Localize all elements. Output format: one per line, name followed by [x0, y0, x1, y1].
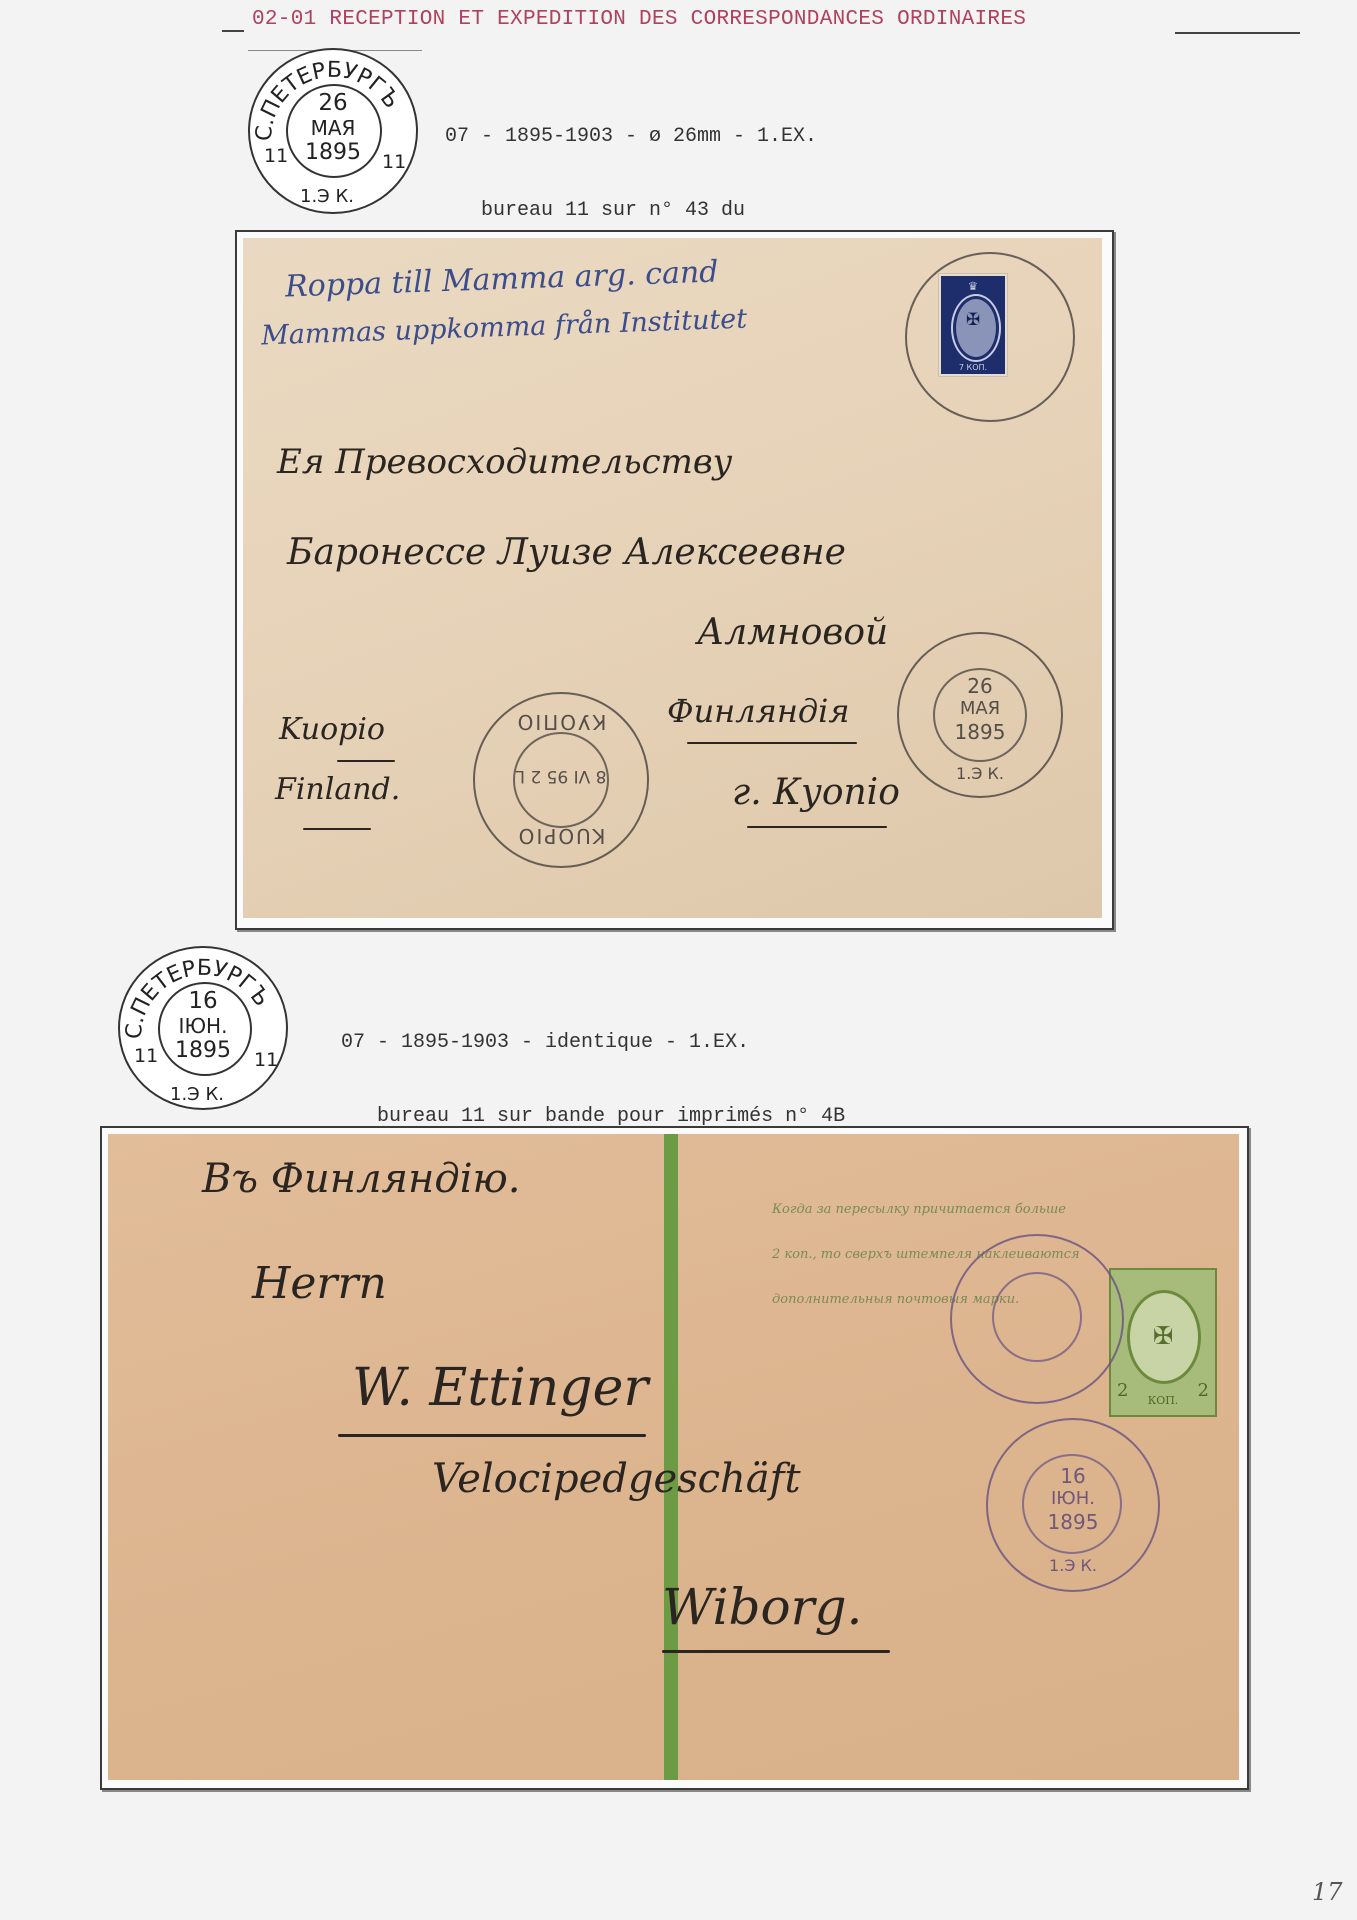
page-number: 17 — [1312, 1878, 1343, 1906]
address-line-3: W. Ettinger — [352, 1358, 648, 1418]
postmark-arrival-kuopio: КУОПIО 8 VI 95 2 L KUOPIO — [473, 692, 649, 868]
cancel-month: МАЯ — [250, 116, 416, 140]
header-rule-left — [222, 30, 244, 32]
routing-note-2: Finland. — [275, 772, 400, 807]
cancel-reference-2: С.ПЕТЕРБУРГЪ 11 11 1.Э К. 16 ІЮН. 1895 — [118, 946, 288, 1110]
svg-text:1.Э К.: 1.Э К. — [170, 1084, 224, 1105]
header-rule-right — [1175, 32, 1300, 34]
address-line-1: Въ Финляндію. — [202, 1156, 520, 1202]
cancel-year: 1895 — [250, 140, 416, 165]
cancel-year: 1895 — [120, 1038, 286, 1063]
stamp-2-kop-imprinted: ✠ 2 2 КОП. — [1109, 1268, 1217, 1417]
address-line-4: Финляндія — [667, 692, 850, 730]
address-line-2: Баронессе Луизе Алексеевне — [287, 532, 846, 573]
eagle-icon: ✠ — [1111, 1314, 1215, 1354]
address-line-5: Wiborg. — [662, 1578, 862, 1636]
envelope-kuopio: Roppa till Mamma arg. cand Mammas uppkom… — [235, 230, 1114, 930]
svg-text:1.Э К.: 1.Э К. — [300, 186, 354, 207]
page-title: 02-01 RECEPTION ET EXPEDITION DES CORRES… — [252, 8, 1026, 31]
cancel-reference-1: С.ПЕТЕРБУРГЪ 11 11 1.Э К. 26 МАЯ 1895 — [248, 48, 418, 214]
cancel-month: ІЮН. — [120, 1014, 286, 1038]
postmark-departure-spb: 26 МАЯ 1895 1.Э К. — [897, 632, 1063, 798]
address-line-3: Алмновой — [697, 612, 888, 653]
wrapper-wiborg: Когда за пересылку причитается больше 2 … — [100, 1126, 1249, 1790]
crown-icon: ♛ — [941, 278, 1005, 295]
postmark-upper-spb — [950, 1234, 1124, 1404]
eagle-icon: ✠ — [941, 306, 1005, 332]
address-line-5: г. Куопіо — [732, 772, 900, 813]
cancel-day: 26 — [250, 90, 416, 116]
routing-note-1: Kuopio — [279, 712, 385, 747]
postmark-lower-spb: 16 ІЮН. 1895 1.Э К. — [986, 1418, 1160, 1592]
stamp-7-kop: ♛ ✠ 7 КОП. — [939, 274, 1007, 376]
address-line-4: Velocipedgeschäft — [432, 1456, 801, 1502]
cancel-day: 16 — [120, 988, 286, 1014]
page-header: 02-01 RECEPTION ET EXPEDITION DES CORRES… — [0, 8, 1357, 38]
address-line-1: Ея Превосходительству — [277, 442, 732, 482]
address-line-2: Herrn — [252, 1258, 387, 1309]
